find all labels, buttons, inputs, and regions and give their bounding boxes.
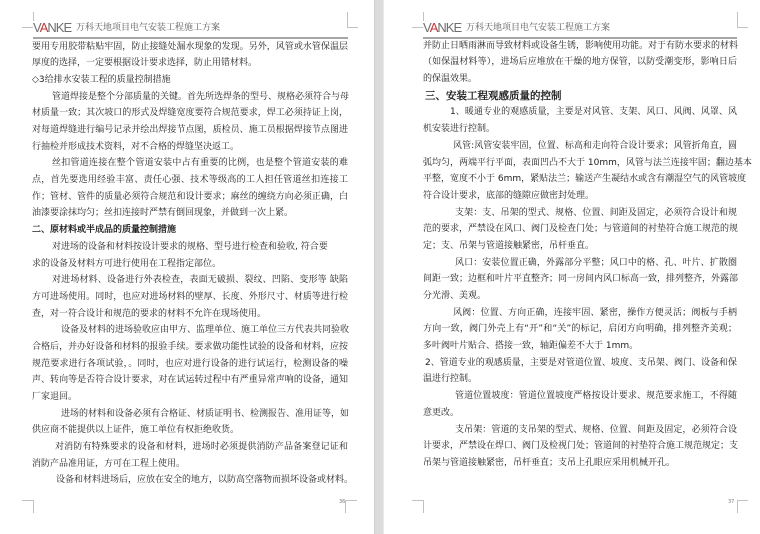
text-line: 厂家退回。 — [32, 389, 348, 406]
page-body: 并防止日晒雨淋而导致材料或设备生锈，影响使用功能。对于有防水要求的材料 （如保温… — [423, 38, 737, 472]
paragraph: 1、暖通专业的观感质量，主要是对风管、支架、风口、风阀、风罩、风 机安装进行控制… — [423, 104, 737, 137]
text-line: 2、管道专业的观感质量，主要是对管道位置、坡度、支吊架、阀门、设备和保 — [423, 355, 737, 372]
text-line: 油漆要涂抹均匀；丝扣连接时严禁有倒回现象，并做到一次上紧。 — [32, 205, 348, 222]
crop-mark-bottom-right — [737, 500, 738, 513]
vanke-logo: VANKE — [423, 21, 461, 35]
page-number: 37 — [728, 499, 734, 505]
text-line: 设备及材料的进场验收应由甲方、监理单位、施工单位三方代表共同验收 — [32, 322, 348, 339]
vanke-logo: VANKE — [33, 21, 71, 35]
text-line: 意更改。 — [423, 405, 737, 422]
text-line: 求的设备及材料方可进行使用在工程指定部位。 — [32, 256, 348, 273]
text-line: 支架：支、吊架的型式、规格、位置、间距及固定，必须符合设计和规 — [423, 205, 737, 222]
crop-mark-top-right — [737, 12, 738, 27]
text-line: 平整，宽度不小于 6mm，紧贴法兰；输送产生凝结水或含有潮湿空气的风管坡度 — [423, 171, 737, 188]
logo-letter-v: V — [423, 20, 430, 35]
text-line: 方向一致，阀门外壳上有“开”和“关”的标记，启闭方向明确，排列整齐美观； — [423, 321, 737, 338]
paragraph: 管道位置坡度：管道位置坡度严格按设计要求、规范要求施工，不得随 意更改。 — [423, 388, 737, 421]
text-line: 供应商不能提供以上证件，施工单位有权拒绝收货。 — [32, 422, 348, 439]
text-line: 管道焊接是整个分部质量的关键。首先所选焊条的型号、规格必须符合与母 — [32, 89, 348, 106]
text-line: 合格后，并办好设备和材料的报验手续。要求做功能性试验的设备和材料，应按 — [32, 339, 348, 356]
text-line: 定；支、吊架与管道接触紧密，吊杆垂直。 — [423, 238, 737, 255]
crop-mark-bottom-right — [737, 500, 748, 501]
text-line: 管道位置坡度：管道位置坡度严格按设计要求、规范要求施工，不得随 — [423, 388, 737, 405]
text-line: 多叶阀叶片贴合、搭接一致，轴距偏差不大于 1mm。 — [423, 338, 737, 355]
text-line: 对进场的设备和材料按设计要求的规格、型号进行检查和验收, 符合要 — [32, 239, 348, 256]
text-line: 对每道焊缝进行编号记录并绘出焊接节点图，质检员、施工员根据焊接节点图进 — [32, 122, 348, 139]
text-line: 计要求，严禁设在焊口、阀门及检视门处；管道间的衬垫符合施工规范规定；支 — [423, 438, 737, 455]
crop-mark-bottom-left — [412, 500, 423, 501]
text-line: 风口：安装位置正确，外露部分平整；风口中的格、孔、叶片、扩散圈 — [423, 255, 737, 272]
text-line: 消防产品准用证，方可在工程上使用。 — [32, 456, 348, 473]
paragraph: 进场的材料和设备必须有合格证、材质证明书、检测报告、准用证等，如 供应商不能提供… — [32, 406, 348, 439]
paragraph: 风管:风管安装牢固，位置、标高和走向符合设计要求；风管折角直，圆 弧均匀，两端平… — [423, 138, 737, 205]
paragraph: 并防止日晒雨淋而导致材料或设备生锈，影响使用功能。对于有防水要求的材料 （如保温… — [423, 38, 737, 88]
text-line: 风管:风管安装牢固，位置、标高和走向符合设计要求；风管折角直，圆 — [423, 138, 737, 155]
text-line: 对消防有特殊要求的设备和材料，进场时必须提供消防产品备案登记证和 — [32, 439, 348, 456]
crop-mark-top-left — [22, 27, 33, 28]
text-line: 温进行控制。 — [423, 371, 737, 388]
text-line: 对进场材料、设备进行外表检查，表面无破损、裂纹、凹陷、变形等 缺陷 — [32, 272, 348, 289]
text-line: 并防止日晒雨淋而导致材料或设备生锈，影响使用功能。对于有防水要求的材料 — [423, 38, 737, 55]
logo-letters-nke: NKE — [47, 20, 71, 35]
text-line: 声、转向等是否符合设计要求，对在试运转过程中有严重异常声响的设备，通知 — [32, 372, 348, 389]
logo-letters-nke: NKE — [437, 20, 461, 35]
text-line: 的保温效果。 — [423, 71, 737, 88]
logo-letter-v: V — [33, 20, 40, 35]
header-title: 万科天地项目电气安装工程施工方案 — [466, 22, 610, 34]
crop-mark-top-right — [347, 12, 348, 27]
text-line: 设备和材料进场后，应放在安全的地方，以防高空落物而损坏设备或材料。 — [32, 472, 348, 489]
paragraph: 风阀：位置、方向正确，连接牢固、紧密，操作方便灵活；阀板与手柄 方向一致，阀门外… — [423, 305, 737, 355]
page-gutter — [374, 0, 384, 534]
text-line: 行抽检并形成技术资料，对不合格的焊缝坚决返工。 — [32, 139, 348, 156]
paragraph: 2、管道专业的观感质量，主要是对管道位置、坡度、支吊架、阀门、设备和保 温进行控… — [423, 355, 737, 388]
paragraph: 支架：支、吊架的型式、规格、位置、间距及固定，必须符合设计和规 范的要求，严禁设… — [423, 205, 737, 255]
text-line: 分光滑、美观。 — [423, 288, 737, 305]
text-line: 查，对一符合设计和规范的要求的材料不允许在现场使用。 — [32, 306, 348, 323]
paragraph: 对消防有特殊要求的设备和材料，进场时必须提供消防产品备案登记证和 消防产品准用证… — [32, 439, 348, 472]
text-line: 作；管材、管件的质量必须符合规范和设计要求；麻丝的缠绕方向必须正确，白 — [32, 189, 348, 206]
paragraph: 设备和材料进场后，应放在安全的地方，以防高空落物而损坏设备或材料。 — [32, 472, 348, 489]
paragraph: 对进场材料、设备进行外表检查，表面无破损、裂纹、凹陷、变形等 缺陷 方可进场使用… — [32, 272, 348, 322]
page-body: 要用专用胶带粘贴牢固，防止接缝处漏水现象的发现。另外，风管或水管保温层 厚度的选… — [32, 39, 348, 490]
header-title: 万科天地项目电气安装工程施工方案 — [76, 22, 220, 34]
text-line: 三、安装工程观感质量的控制 — [423, 88, 737, 105]
paragraph: 对进场的设备和材料按设计要求的规格、型号进行检查和验收, 符合要 求的设备及材料… — [32, 239, 348, 272]
paragraph: 要用专用胶带粘贴牢固，防止接缝处漏水现象的发现。另外，风管或水管保温层 厚度的选… — [32, 39, 348, 72]
text-line: 方可进场使用。同时，也应对进场材料的壁厚、长度、外形尺寸、材质等进行检 — [32, 289, 348, 306]
paragraph: 支吊架：管道的支吊架的型式、规格、位置、间距及固定，必须符合设 计要求，严禁设在… — [423, 422, 737, 472]
paragraph: 风口：安装位置正确，外露部分平整；风口中的格、孔、叶片、扩散圈 间距一致；边框和… — [423, 255, 737, 305]
crop-mark-top-left — [412, 27, 423, 28]
text-line: 1、暖通专业的观感质量，主要是对风管、支架、风口、风阀、风罩、风 — [423, 104, 737, 121]
text-line: 风阀：位置、方向正确，连接牢固、紧密，操作方便灵活；阀板与手柄 — [423, 305, 737, 322]
text-line: 点，首先要选用经验丰富、责任心强、技术等级高的工人担任管道丝扣连接工 — [32, 172, 348, 189]
text-line: 厚度的选择，一定要根据设计要求选择，防止用错材料。 — [32, 55, 348, 72]
crop-mark-bottom-left — [22, 500, 33, 501]
paragraph: 管道焊接是整个分部质量的关键。首先所选焊条的型号、规格必须符合与母 材质量一致；… — [32, 89, 348, 156]
text-line: （如保温材料等），进场后应堆放在干燥的地方保管，以防受潮变形，影响日后 — [423, 54, 737, 71]
section-heading: 三、安装工程观感质量的控制 — [423, 88, 737, 105]
text-line: 间距一致；边框和叶片平直整齐；同一房间内风口标高一致，排列整齐，外露部 — [423, 271, 737, 288]
text-line: 吊架与管道接触紧密，吊杆垂直；支吊上孔眼应采用机械开孔。 — [423, 455, 737, 472]
crop-mark-top-right — [737, 27, 748, 28]
subsection-heading: ◇3给排水安装工程的质量控制措施 — [32, 72, 348, 89]
crop-mark-bottom-left — [33, 500, 34, 513]
crop-mark-bottom-right — [345, 500, 357, 501]
text-line: 进场的材料和设备必须有合格证、材质证明书、检测报告、准用证等，如 — [32, 406, 348, 423]
page-number: 36 — [339, 499, 345, 505]
text-line: 丝扣管道连接在整个管道安装中占有重要的比例，也是整个管道安装的难 — [32, 155, 348, 172]
crop-mark-top-right — [347, 27, 358, 28]
section-heading: 二、原材料或半成品的质量控制措施 — [32, 222, 348, 239]
text-line: 要用专用胶带粘贴牢固，防止接缝处漏水现象的发现。另外，风管或水管保温层 — [32, 39, 348, 56]
text-line: 二、原材料或半成品的质量控制措施 — [32, 222, 348, 239]
text-line: 机安装进行控制。 — [423, 121, 737, 138]
text-line: 支吊架：管道的支吊架的型式、规格、位置、间距及固定，必须符合设 — [423, 422, 737, 439]
crop-mark-bottom-left — [423, 500, 424, 513]
text-line: 材质量一致；其次坡口的形式及焊缝宽度要符合规范要求，焊工必须持证上岗， — [32, 105, 348, 122]
text-line: 符合设计要求，底部的缝隙应做密封处理。 — [423, 188, 737, 205]
text-line: 弧均匀，两端平行平面，表面凹凸不大于 10mm，风管与法兰连接牢固；翻边基本 — [423, 155, 737, 172]
paragraph: 设备及材料的进场验收应由甲方、监理单位、施工单位三方代表共同验收 合格后，并办好… — [32, 322, 348, 405]
text-line: ◇3给排水安装工程的质量控制措施 — [32, 72, 348, 89]
text-line: 规范要求进行各项试验，。同时，也应对进行设备的进行试运行，检测设备的噪 — [32, 356, 348, 373]
text-line: 范的要求，严禁设在风口、阀门及检查门处；与管道间的衬垫符合施工规范的规 — [423, 221, 737, 238]
paragraph: 丝扣管道连接在整个管道安装中占有重要的比例，也是整个管道安装的难 点，首先要选用… — [32, 155, 348, 222]
